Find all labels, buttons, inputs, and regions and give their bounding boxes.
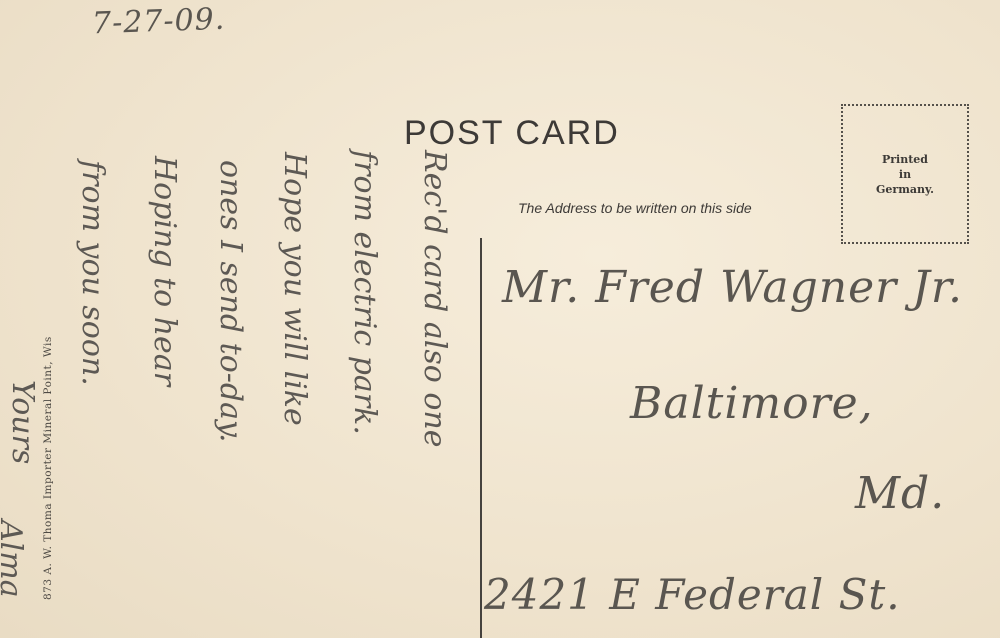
stamp-text-3: Germany. [876, 182, 934, 197]
address-city: Baltimore, [630, 378, 874, 429]
address-name: Mr. Fred Wagner Jr. [502, 262, 963, 313]
publisher-imprint: 873 A. W. Thoma Importer Mineral Point, … [42, 336, 54, 600]
message-line: Hope you will like [277, 152, 312, 426]
address-state: Md. [855, 468, 945, 519]
message-line: from electric park. [347, 150, 382, 435]
postcard-title: POST CARD [404, 114, 620, 153]
handwritten-date: 7-27-09. [91, 2, 225, 42]
stamp-box: Printed in Germany. [841, 104, 969, 244]
message-line: ones I send to-day. [213, 160, 248, 443]
stamp-text-2: in [899, 167, 911, 182]
address-street: 2421 E Federal St. [484, 570, 901, 619]
message-line: Yours [5, 380, 40, 464]
message-line: from you soon. [75, 160, 110, 386]
address-instruction: The Address to be written on this side [518, 200, 752, 216]
stamp-text-1: Printed [882, 152, 928, 167]
message-line: Hoping to hear [147, 156, 182, 386]
postcard-back: 7-27-09. POST CARD Printed in Germany. T… [0, 0, 1000, 638]
message-line: Rec'd card also one [417, 150, 452, 448]
center-divider [480, 238, 482, 638]
message-signature: Alma [0, 520, 28, 598]
